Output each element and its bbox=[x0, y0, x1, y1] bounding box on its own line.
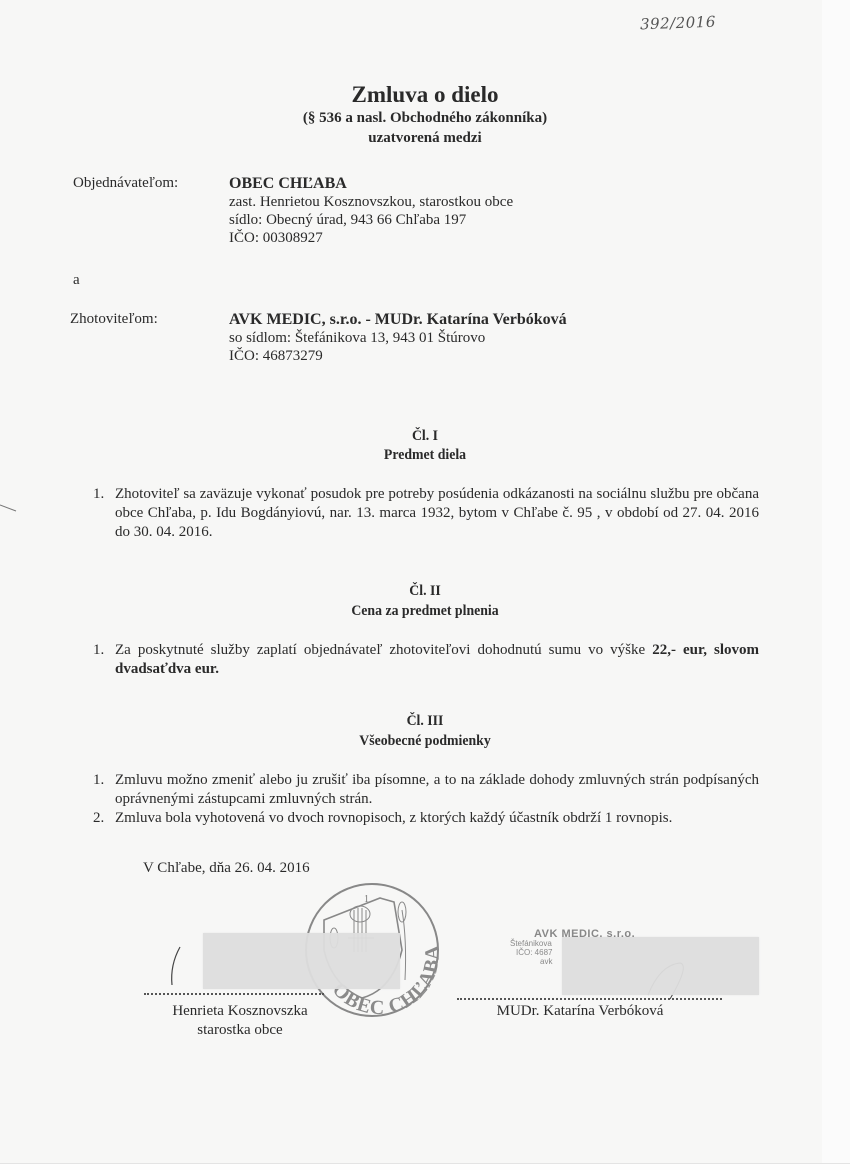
client-label: Objednávateľom: bbox=[73, 175, 178, 192]
article-3-item-2: 2. Zmluva bola vyhotovená vo dvoch rovno… bbox=[93, 809, 759, 828]
client-details: OBEC CHĽABA zast. Henrietou Kosznovszkou… bbox=[229, 175, 513, 247]
article-1-item-1: 1. Zhotoviteľ sa zaväzuje vykonať posudo… bbox=[93, 485, 759, 542]
article-2-number: Čl. II bbox=[34, 583, 816, 600]
redacted-signature-left bbox=[203, 933, 400, 989]
article-3-item-1: 1. Zmluvu možno zmeniť alebo ju zrušiť i… bbox=[93, 771, 759, 809]
contractor-name: AVK MEDIC, s.r.o. - MUDr. Katarína Verbó… bbox=[229, 311, 567, 329]
article-3-heading: Všeobecné podmienky bbox=[34, 733, 816, 750]
contractor-label: Zhotoviteľom: bbox=[70, 311, 158, 328]
document-title: Zmluva o dielo bbox=[0, 82, 850, 108]
client-ico: IČO: 00308927 bbox=[229, 229, 513, 247]
article-1-number: Čl. I bbox=[34, 428, 816, 445]
item-number: 1. bbox=[93, 771, 115, 809]
item-text: Zmluva bola vyhotovená vo dvoch rovnopis… bbox=[115, 809, 759, 828]
signature-line-left bbox=[144, 993, 324, 995]
handwritten-reference-number: 392/2016 bbox=[640, 13, 716, 34]
stamp-number: 1 bbox=[364, 894, 369, 905]
redacted-signature-right bbox=[562, 937, 759, 995]
article-3-number: Čl. III bbox=[34, 713, 816, 730]
article-2-heading: Cena za predmet plnenia bbox=[34, 603, 816, 620]
item-number: 2. bbox=[93, 809, 115, 828]
item-number: 1. bbox=[93, 485, 115, 542]
article-2-item-1: 1. Za poskytnuté služby zaplatí objednáv… bbox=[93, 641, 759, 679]
signatory-left-role: starostka obce bbox=[140, 1021, 340, 1040]
contractor-ico: IČO: 46873279 bbox=[229, 347, 567, 365]
item-text-regular: Za poskytnuté služby zaplatí objednávate… bbox=[115, 642, 652, 658]
signatory-left-name: Henrieta Kosznovszka bbox=[140, 1002, 340, 1021]
client-name: OBEC CHĽABA bbox=[229, 175, 513, 193]
item-text: Zhotoviteľ sa zaväzuje vykonať posudok p… bbox=[115, 485, 759, 542]
client-address: sídlo: Obecný úrad, 943 66 Chľaba 197 bbox=[229, 211, 513, 229]
contractor-address: so sídlom: Štefánikova 13, 943 01 Štúrov… bbox=[229, 329, 567, 347]
margin-pen-mark bbox=[0, 503, 40, 517]
item-text: Zmluvu možno zmeniť alebo ju zrušiť iba … bbox=[115, 771, 759, 809]
client-representative: zast. Henrietou Kosznovszkou, starostkou… bbox=[229, 193, 513, 211]
document-subtitle-between: uzatvorená medzi bbox=[0, 130, 850, 147]
contractor-details: AVK MEDIC, s.r.o. - MUDr. Katarína Verbó… bbox=[229, 311, 567, 365]
scan-edge-bottom bbox=[0, 1163, 850, 1170]
signature-line-right bbox=[457, 998, 722, 1000]
signatory-left: Henrieta Kosznovszka starostka obce bbox=[140, 1002, 340, 1040]
document-subtitle: (§ 536 a nasl. Obchodného zákonníka) bbox=[0, 110, 850, 127]
item-text: Za poskytnuté služby zaplatí objednávate… bbox=[115, 641, 759, 679]
item-number: 1. bbox=[93, 641, 115, 679]
place-and-date: V Chľabe, dňa 26. 04. 2016 bbox=[143, 860, 310, 877]
conjunction: a bbox=[73, 272, 80, 289]
signatory-right: MUDr. Katarína Verbóková bbox=[470, 1002, 690, 1021]
signatory-right-name: MUDr. Katarína Verbóková bbox=[470, 1002, 690, 1021]
scan-edge-right bbox=[822, 0, 850, 1170]
article-1-heading: Predmet diela bbox=[34, 447, 816, 464]
